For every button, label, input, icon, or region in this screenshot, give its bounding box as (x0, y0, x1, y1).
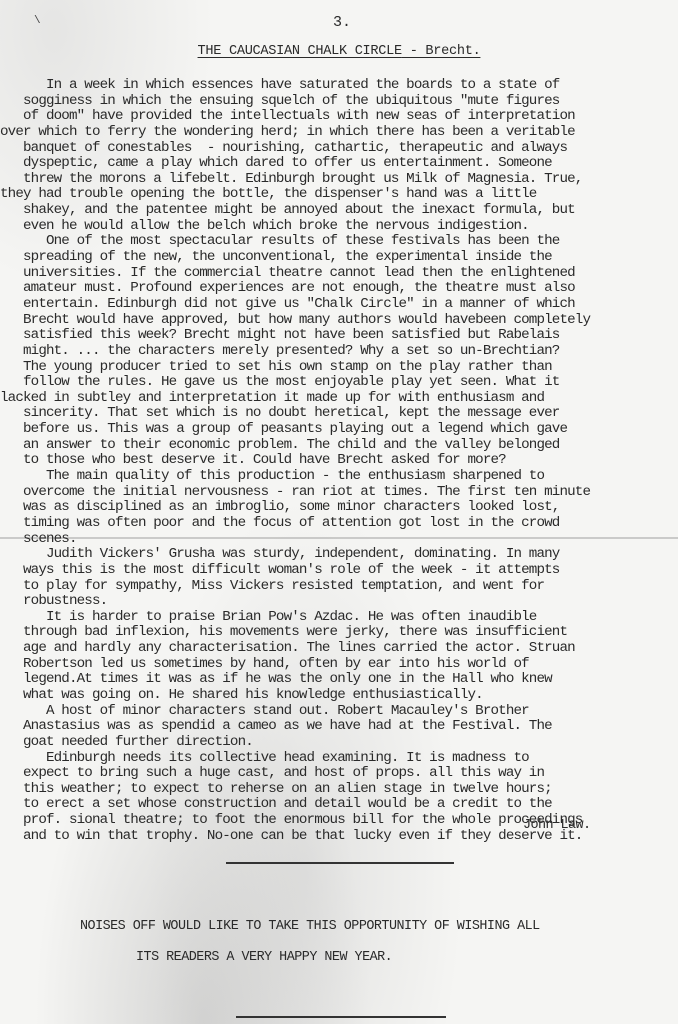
text-line: spreading of the new, the unconventional… (0, 250, 678, 266)
separator-rule-bottom (236, 1016, 446, 1018)
text-line: even he would allow the belch which brok… (0, 219, 678, 235)
text-line: timing was often poor and the focus of a… (0, 516, 678, 532)
corner-mark-icon: \ (34, 15, 41, 27)
text-line: threw the morons a lifebelt. Edinburgh b… (0, 172, 678, 188)
page-number: 3. (333, 14, 351, 31)
text-line: this weather; to expect to reherse on an… (0, 782, 678, 798)
text-line: Edinburgh needs its collective head exam… (0, 751, 678, 767)
author-signature: John Law. (523, 818, 591, 833)
text-line: satisfied this week? Brecht might not ha… (0, 328, 678, 344)
text-line: was as disciplined as an imbroglio, some… (0, 500, 678, 516)
text-line: robustness. (0, 594, 678, 610)
separator-rule (226, 862, 454, 864)
text-line: The main quality of this production - th… (0, 469, 678, 485)
article-title: THE CAUCASIAN CHALK CIRCLE - Brecht. (0, 44, 678, 59)
text-line: The young producer tried to set his own … (0, 360, 678, 376)
text-line: over which to ferry the wondering herd; … (0, 125, 678, 141)
text-line: legend.At times it was as if he was the … (0, 672, 678, 688)
text-line: sincerity. That set which is no doubt he… (0, 406, 678, 422)
text-line: to those who best deserve it. Could have… (0, 453, 678, 469)
article-title-main: THE CAUCASIAN CHALK CIRCLE (198, 44, 402, 59)
text-line: goat needed further direction. (0, 735, 678, 751)
text-line: through bad inflexion, his movements wer… (0, 625, 678, 641)
text-line: an answer to their economic problem. The… (0, 438, 678, 454)
text-line: lacked in subtley and interpretation it … (0, 391, 678, 407)
text-line: In a week in which essences have saturat… (0, 78, 678, 94)
text-line: shakey, and the patentee might be annoye… (0, 203, 678, 219)
text-line: A host of minor characters stand out. Ro… (0, 704, 678, 720)
text-line: of doom" have provided the intellectuals… (0, 109, 678, 125)
text-line: what was going on. He shared his knowled… (0, 688, 678, 704)
text-line: dyspeptic, came a play which dared to of… (0, 156, 678, 172)
article-body: In a week in which essences have saturat… (0, 78, 678, 844)
text-line: expect to bring such a huge cast, and ho… (0, 766, 678, 782)
text-line: sogginess in which the ensuing squelch o… (0, 94, 678, 110)
text-line: It is harder to praise Brian Pow's Azdac… (0, 610, 678, 626)
text-line: Judith Vickers' Grusha was sturdy, indep… (0, 547, 678, 563)
text-line: overcome the initial nervousness - ran r… (0, 485, 678, 501)
text-line: follow the rules. He gave us the most en… (0, 375, 678, 391)
text-line: amateur must. Profound experiences are n… (0, 281, 678, 297)
text-line: banquet of conestables - nourishing, cat… (0, 141, 678, 157)
text-line: Robertson led us sometimes by hand, ofte… (0, 657, 678, 673)
text-line: ways this is the most difficult woman's … (0, 563, 678, 579)
text-line: might. ... the characters merely present… (0, 344, 678, 360)
text-line: to erect a set whose construction and de… (0, 797, 678, 813)
text-line: to play for sympathy, Miss Vickers resis… (0, 579, 678, 595)
text-line: scenes. (0, 532, 678, 548)
greeting-line-1: NOISES OFF WOULD LIKE TO TAKE THIS OPPOR… (80, 919, 540, 934)
text-line: Anastasius was as spendid a cameo as we … (0, 719, 678, 735)
article-title-author: - Brecht. (402, 44, 481, 59)
text-line: age and hardly any characterisation. The… (0, 641, 678, 657)
text-line: entertain. Edinburgh did not give us "Ch… (0, 297, 678, 313)
text-line: they had trouble opening the bottle, the… (0, 187, 678, 203)
text-line: Brecht would have approved, but how many… (0, 313, 678, 329)
text-line: universities. If the commercial theatre … (0, 266, 678, 282)
text-line: before us. This was a group of peasants … (0, 422, 678, 438)
text-line: One of the most spectacular results of t… (0, 234, 678, 250)
greeting-line-2: ITS READERS A VERY HAPPY NEW YEAR. (136, 950, 392, 965)
